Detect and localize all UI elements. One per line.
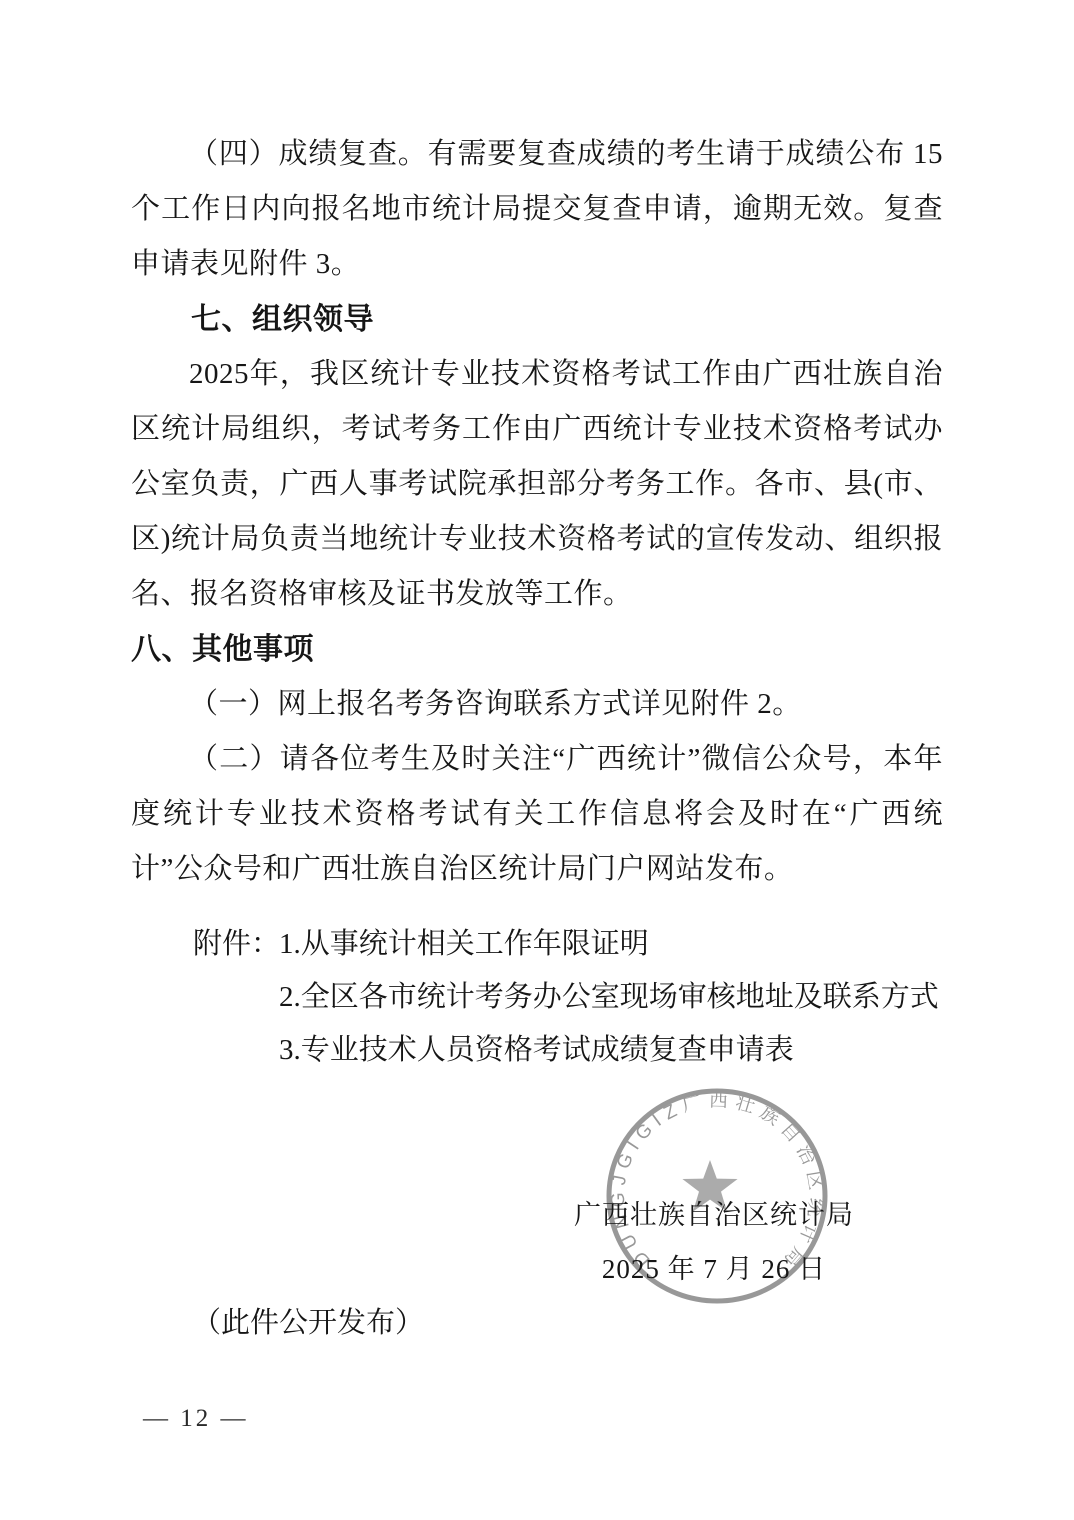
attachment-item-3: 3.专业技术人员资格考试成绩复查申请表 [279,1024,991,1077]
body-content: （四）成绩复查。有需要复查成绩的考生请于成绩公布 15 个工作日内向报名地市统计… [131,127,943,897]
signature-date: 2025 年 7 月 26 日 [384,1242,1044,1296]
attachments-block: 附件： 1.从事统计相关工作年限证明 2.全区各市统计考务办公室现场审核地址及联… [131,918,991,1077]
signature-agency: 广西壮族自治区统计局 [384,1188,1044,1242]
section-heading-7: 七、组织领导 [131,292,943,347]
paragraph-other-item-2: （二）请各位考生及时关注“广西统计”微信公众号，本年度统计专业技术资格考试有关工… [131,732,943,897]
attachments-list: 1.从事统计相关工作年限证明 2.全区各市统计考务办公室现场审核地址及联系方式 … [279,918,991,1077]
attachments-label: 附件： [193,918,279,1077]
paragraph-org-leadership: 2025年，我区统计专业技术资格考试工作由广西壮族自治区统计局组织，考试考务工作… [131,347,943,622]
paragraph-score-review: （四）成绩复查。有需要复查成绩的考生请于成绩公布 15 个工作日内向报名地市统计… [131,127,943,292]
paragraph-other-item-1: （一）网上报名考务咨询联系方式详见附件 2。 [131,677,943,732]
attachment-item-2: 2.全区各市统计考务办公室现场审核地址及联系方式 [279,971,991,1024]
publish-note: （此件公开发布） [192,1303,424,1343]
page-number: — 12 — [143,1402,249,1436]
section-heading-8: 八、其他事项 [131,622,943,677]
document-page: （四）成绩复查。有需要复查成绩的考生请于成绩公布 15 个工作日内向报名地市统计… [0,0,1074,1520]
attachment-item-1: 1.从事统计相关工作年限证明 [279,918,991,971]
signature-block: 广西壮族自治区统计局 2025 年 7 月 26 日 [384,1188,1044,1296]
